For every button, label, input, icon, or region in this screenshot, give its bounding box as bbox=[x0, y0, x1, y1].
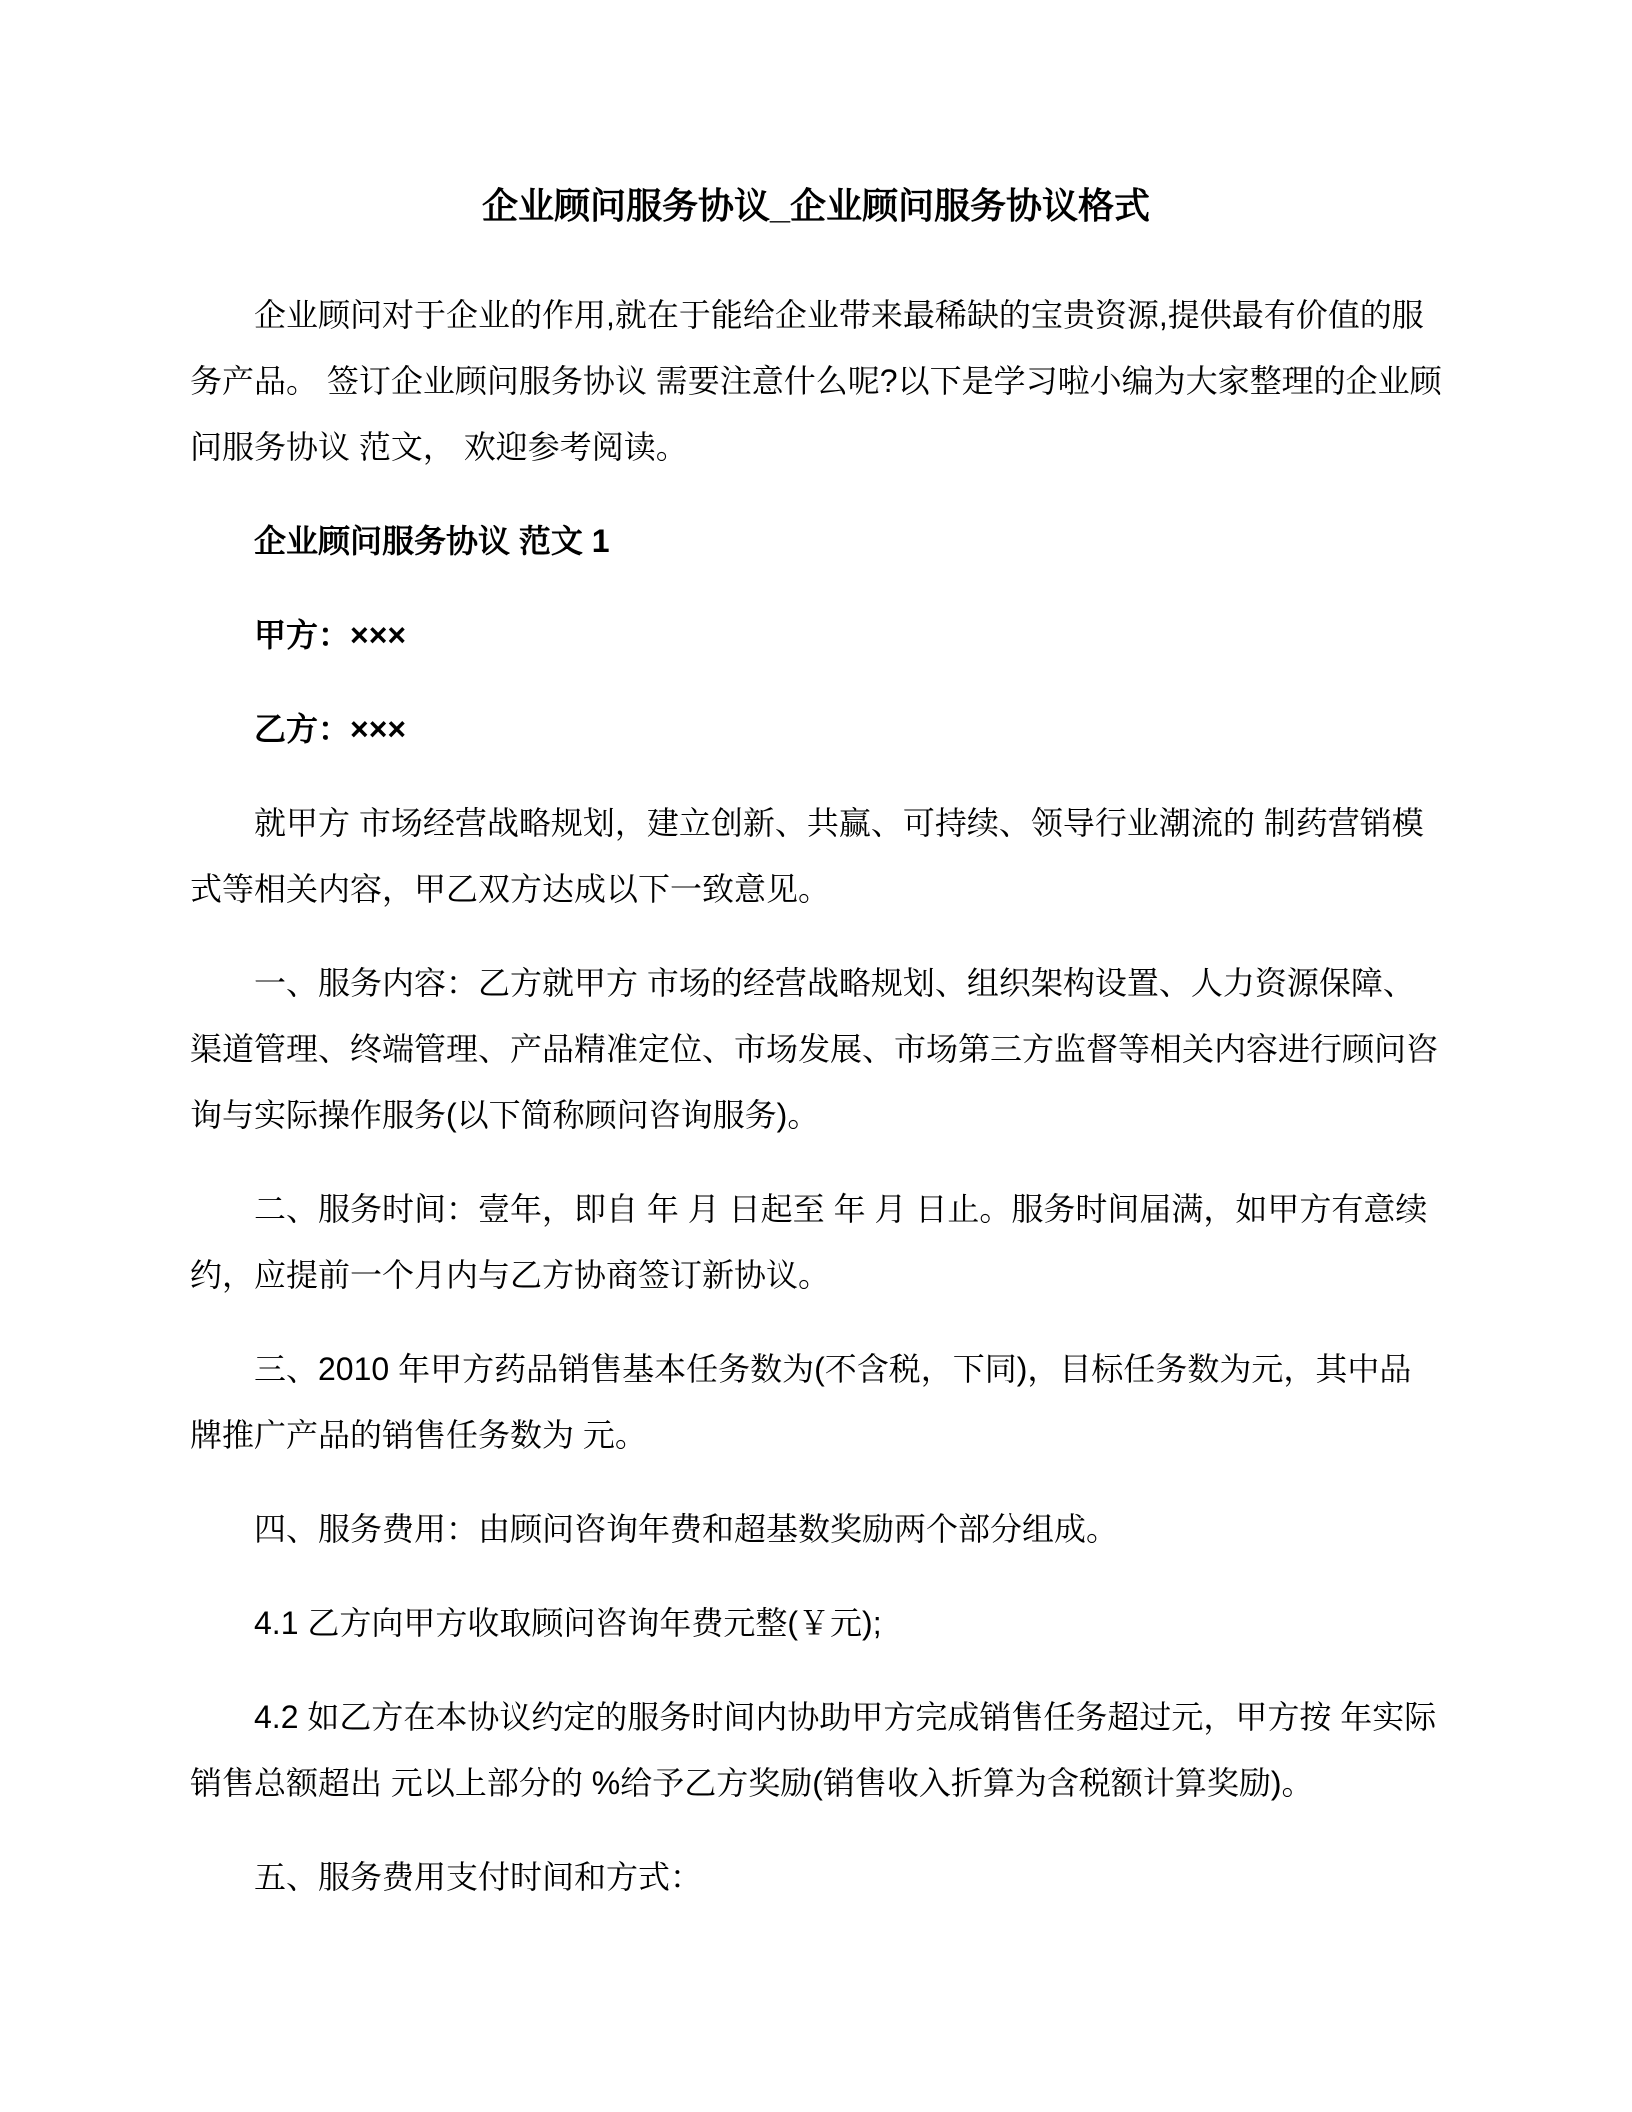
sample-heading: 企业顾问服务协议 范文 1 bbox=[190, 508, 1442, 574]
section-2-service-time: 二、服务时间：壹年，即自 年 月 日起至 年 月 日止。服务时间届满，如甲方有意… bbox=[190, 1176, 1442, 1308]
clause-4-2-bonus: 4.2 如乙方在本协议约定的服务时间内协助甲方完成销售任务超过元，甲方按 年实际… bbox=[190, 1684, 1442, 1816]
clause-4-1-annual-fee: 4.1 乙方向甲方收取顾问咨询年费元整(￥元); bbox=[190, 1590, 1442, 1656]
section-1-service-content: 一、服务内容：乙方就甲方 市场的经营战略规划、组织架构设置、人力资源保障、渠道管… bbox=[190, 950, 1442, 1148]
intro-paragraph: 企业顾问对于企业的作用,就在于能给企业带来最稀缺的宝贵资源,提供最有价值的服务产… bbox=[190, 282, 1442, 480]
section-3-sales-task: 三、2010 年甲方药品销售基本任务数为(不含税，下同)，目标任务数为元，其中品… bbox=[190, 1336, 1442, 1468]
party-a-line: 甲方：××× bbox=[190, 602, 1442, 668]
document-page: 企业顾问服务协议_企业顾问服务协议格式 企业顾问对于企业的作用,就在于能给企业带… bbox=[0, 0, 1632, 2112]
preamble-paragraph: 就甲方 市场经营战略规划，建立创新、共赢、可持续、领导行业潮流的 制药营销模式等… bbox=[190, 790, 1442, 922]
section-4-service-fee: 四、服务费用：由顾问咨询年费和超基数奖励两个部分组成。 bbox=[190, 1496, 1442, 1562]
party-b-line: 乙方：××× bbox=[190, 696, 1442, 762]
section-5-payment-method: 五、服务费用支付时间和方式： bbox=[190, 1844, 1442, 1910]
document-title: 企业顾问服务协议_企业顾问服务协议格式 bbox=[190, 182, 1442, 230]
